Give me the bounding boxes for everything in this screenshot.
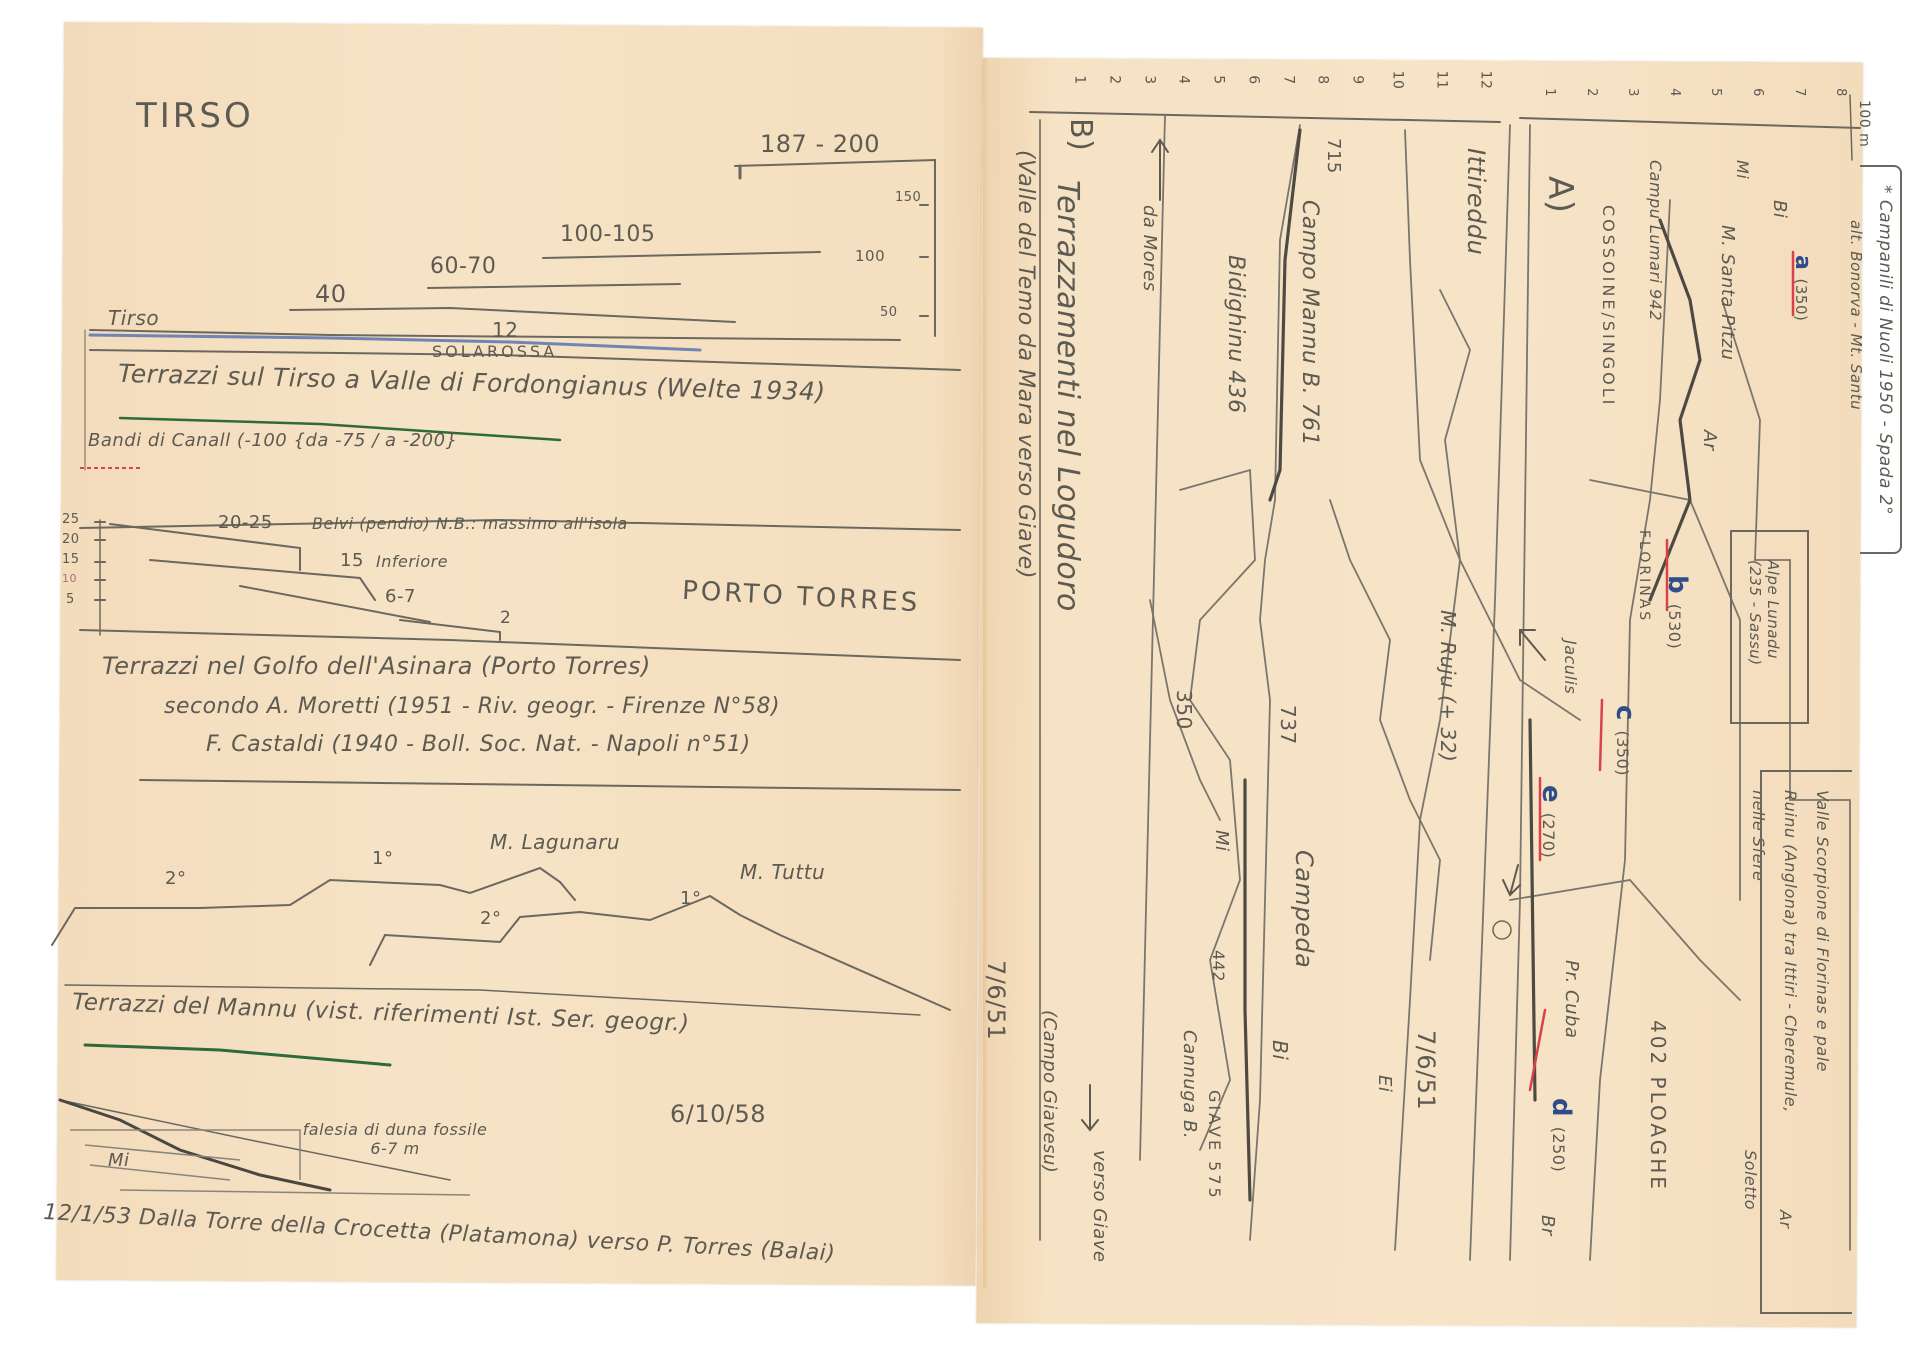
scale-tick: 4 [1176, 75, 1192, 84]
scale-tick: 8 [1315, 75, 1331, 84]
label-campo-mannu: Campo Mannu B. 761 [1297, 200, 1322, 446]
section-b-date: 7/6/51 [982, 960, 1010, 1040]
scale-tick: 6 [1750, 88, 1765, 97]
bandi-note: Bandi di Canall (-100 {da -75 / a -200} [88, 430, 458, 451]
from-mores-label: da Mores [1139, 205, 1160, 292]
pt-axis-5: 5 [66, 592, 75, 607]
label-jaculis: Jaculis [1561, 640, 1580, 694]
section-note-falesia: falesia di duna fossile 6-7 m [300, 1120, 490, 1158]
tirso-river-label: Tirso [108, 306, 159, 330]
scale-tick: 11 [1433, 71, 1449, 90]
label-bi-a: Bi [1769, 200, 1790, 218]
section-b-marker: B) [1063, 118, 1098, 151]
blue-mark-d: d (250) [1546, 1098, 1576, 1172]
label-ploaghe: 402 PLOAGHE [1646, 1020, 1670, 1192]
scale-tick: 2 [1583, 88, 1598, 97]
scale-tick: 3 [1141, 75, 1157, 84]
scale-tick: 8 [1833, 88, 1848, 97]
scale-tick: 6 [1245, 75, 1261, 84]
label-m-santa-pitzu: M. Santa Pitzu [1717, 225, 1738, 360]
label-m-ruju: M. Ruju (+ 32) [1436, 610, 1460, 762]
to-giave-label: verso Giave [1089, 1150, 1110, 1262]
label-date-2: 7/6/51 [1412, 1030, 1440, 1110]
section-b-title: Terrazzamenti nel Logudoro [1050, 180, 1085, 612]
porto-torres-caption: Terrazzi nel Golfo dell'Asinara (Porto T… [102, 652, 651, 680]
label-bi: Bi [1268, 1040, 1292, 1060]
to-giave-sublabel: (Campo Giavesu) [1039, 1010, 1060, 1173]
label-442: 442 [1209, 950, 1228, 982]
mannu-label-2nd-lower: 2° [480, 908, 501, 929]
legend-soletto: Soletto [1741, 1150, 1760, 1210]
scale-tick: 1 [1072, 75, 1088, 84]
scale-tick: 7 [1791, 88, 1806, 97]
label-br: Br [1537, 1215, 1558, 1236]
scale-tick: 5 [1211, 75, 1227, 84]
pt-axis-15: 15 [62, 552, 80, 567]
scale-tick: 1 [1542, 88, 1557, 97]
place-solarossa: SOLAROSSA [432, 342, 557, 361]
scale-tick: 7 [1280, 75, 1296, 84]
scale-tick: 9 [1350, 75, 1366, 84]
mannu-label-m-lagunaru: M. Lagunaru [490, 830, 620, 854]
blue-mark-a: a (350) [1790, 255, 1815, 321]
scale-tick: 2 [1106, 75, 1122, 84]
label-350: 350 [1172, 690, 1196, 730]
label-ar-a: Ar [1699, 430, 1720, 451]
tirso-level-60: 60-70 [430, 254, 496, 279]
section-label-mi: Mi [108, 1150, 130, 1171]
tirso-axis-100: 100 [855, 247, 885, 265]
blue-mark-b: b (530) [1662, 575, 1692, 649]
tirso-level-40: 40 [315, 280, 347, 308]
label-florinas: FLORINAS [1636, 530, 1652, 623]
label-pr-cuba: Pr. Cuba [1561, 960, 1582, 1038]
label-bidighinu: Bidighinu 436 [1223, 255, 1248, 414]
reference-castaldi: F. Castaldi (1940 - Boll. Soc. Nat. - Na… [206, 732, 751, 757]
label-campu-lumari: Campu Lumari 942 [1646, 160, 1665, 321]
mannu-label-1st-upper: 1° [372, 848, 393, 869]
blue-mark-e: e (270) [1536, 785, 1566, 858]
mannu-label-2nd-upper: 2° [165, 868, 186, 889]
box-outline-bottom [1760, 770, 1852, 1314]
tirso-title: TIRSO [136, 96, 254, 136]
pt-level-15-label: Inferiore [376, 552, 448, 571]
scale-tick: 5 [1708, 88, 1723, 97]
pt-level-20-25: 20-25 [218, 512, 273, 533]
label-ei: Ei [1374, 1075, 1395, 1092]
pt-level-2: 2 [500, 608, 511, 628]
pt-level-15: 15 [340, 550, 364, 571]
scale-ticks-left: 1 2 3 4 5 6 7 8 9 10 11 12 [1075, 72, 1495, 88]
pt-level-20-25-label: Belvi (pendio) N.B.: massimo all'isola [312, 514, 628, 533]
mannu-label-1st-lower: 1° [680, 888, 701, 909]
label-mi-a: Mi [1733, 160, 1752, 179]
scale-tick: 4 [1667, 88, 1682, 97]
tirso-axis-50: 50 [880, 305, 898, 320]
scale-tick: 10 [1389, 71, 1405, 90]
page-fold [983, 58, 989, 1288]
label-ittireddu: Ittireddu [1462, 148, 1490, 255]
scale-unit: 100 m [1856, 100, 1872, 147]
tirso-level-100: 100-105 [560, 222, 655, 247]
reference-moretti: secondo A. Moretti (1951 - Riv. geogr. -… [164, 694, 780, 719]
box-outline-mid [1730, 530, 1809, 724]
scale-ticks-right: 1 2 3 4 5 6 7 8 [1545, 85, 1845, 100]
label-giave: GIAVE 575 [1205, 1090, 1224, 1201]
pt-level-6-7: 6-7 [385, 586, 416, 607]
tirso-low-level: 12 [492, 318, 518, 342]
label-campeda: Campeda [1290, 850, 1318, 968]
label-cannuga: Cannuga B. [1179, 1030, 1200, 1139]
label-737: 737 [1276, 705, 1300, 745]
mannu-label-m-tuttu: M. Tuttu [740, 860, 825, 884]
mannu-date: 6/10/58 [670, 1100, 766, 1128]
label-715: 715 [1323, 138, 1344, 174]
blue-mark-c: c (350) [1610, 705, 1640, 776]
pt-axis-25: 25 [62, 512, 80, 527]
section-a-marker: A) [1540, 176, 1580, 214]
pt-axis-10: 10 [62, 572, 77, 585]
box-outline-top [1860, 165, 1902, 554]
tirso-axis-150: 150 [895, 190, 921, 205]
tirso-level-top: 187 - 200 [760, 130, 880, 158]
section-b-subtitle: (Valle del Temo da Mara verso Giave) [1013, 150, 1038, 579]
pt-axis-20: 20 [62, 532, 80, 547]
label-cossoine: COSSOINE/SINGOLI [1599, 205, 1618, 407]
scale-tick: 12 [1477, 71, 1493, 90]
scale-tick: 3 [1625, 88, 1640, 97]
label-mi: Mi [1211, 830, 1232, 852]
